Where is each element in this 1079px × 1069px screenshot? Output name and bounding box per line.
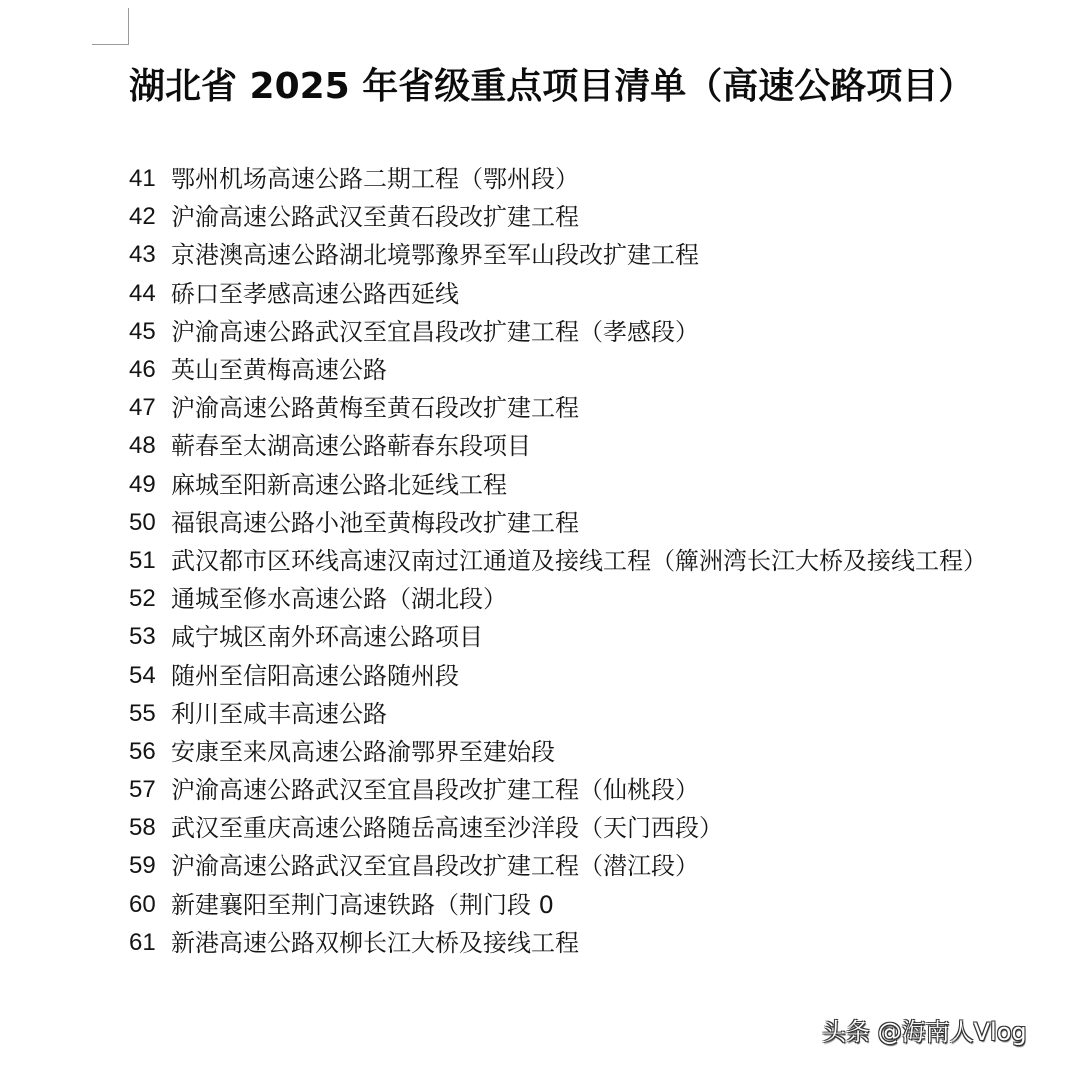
list-item: 54随州至信阳高速公路随州段 bbox=[129, 656, 987, 694]
item-name: 沪渝高速公路黄梅至黄石段改扩建工程 bbox=[171, 389, 579, 427]
item-name: 安康至来凤高速公路渝鄂界至建始段 bbox=[171, 733, 555, 771]
list-item: 50福银高速公路小池至黄梅段改扩建工程 bbox=[129, 504, 987, 542]
item-number: 53 bbox=[129, 618, 171, 656]
item-name: 麻城至阳新高速公路北延线工程 bbox=[171, 466, 507, 504]
item-name: 通城至修水高速公路（湖北段） bbox=[171, 580, 507, 618]
item-number: 55 bbox=[129, 695, 171, 733]
list-item: 53咸宁城区南外环高速公路项目 bbox=[129, 618, 987, 656]
item-name: 武汉都市区环线高速汉南过江通道及接线工程（簰洲湾长江大桥及接线工程） bbox=[171, 542, 987, 580]
page-title: 湖北省 2025 年省级重点项目清单（高速公路项目） bbox=[129, 58, 974, 109]
item-number: 54 bbox=[129, 657, 171, 695]
list-item: 41鄂州机场高速公路二期工程（鄂州段） bbox=[129, 160, 987, 198]
item-name: 鄂州机场高速公路二期工程（鄂州段） bbox=[171, 160, 579, 198]
item-name: 硚口至孝感高速公路西延线 bbox=[171, 275, 459, 313]
item-number: 50 bbox=[129, 504, 171, 542]
list-item: 51武汉都市区环线高速汉南过江通道及接线工程（簰洲湾长江大桥及接线工程） bbox=[129, 542, 987, 580]
item-number: 57 bbox=[129, 771, 171, 809]
list-item: 52通城至修水高速公路（湖北段） bbox=[129, 580, 987, 618]
item-name: 新建襄阳至荆门高速铁路（荆门段 0 bbox=[171, 886, 554, 924]
item-number: 59 bbox=[129, 847, 171, 885]
list-item: 44硚口至孝感高速公路西延线 bbox=[129, 275, 987, 313]
list-item: 46英山至黄梅高速公路 bbox=[129, 351, 987, 389]
list-item: 45沪渝高速公路武汉至宜昌段改扩建工程（孝感段） bbox=[129, 313, 987, 351]
list-item: 49麻城至阳新高速公路北延线工程 bbox=[129, 466, 987, 504]
list-item: 60新建襄阳至荆门高速铁路（荆门段 0 bbox=[129, 886, 987, 924]
list-item: 47沪渝高速公路黄梅至黄石段改扩建工程 bbox=[129, 389, 987, 427]
list-item: 43京港澳高速公路湖北境鄂豫界至军山段改扩建工程 bbox=[129, 236, 987, 274]
item-name: 京港澳高速公路湖北境鄂豫界至军山段改扩建工程 bbox=[171, 236, 699, 274]
item-name: 武汉至重庆高速公路随岳高速至沙洋段（天门西段） bbox=[171, 809, 723, 847]
item-number: 43 bbox=[129, 236, 171, 274]
item-name: 利川至咸丰高速公路 bbox=[171, 695, 387, 733]
item-name: 沪渝高速公路武汉至宜昌段改扩建工程（仙桃段） bbox=[171, 771, 699, 809]
list-item: 58武汉至重庆高速公路随岳高速至沙洋段（天门西段） bbox=[129, 809, 987, 847]
list-item: 48蕲春至太湖高速公路蕲春东段项目 bbox=[129, 427, 987, 465]
list-item: 57沪渝高速公路武汉至宜昌段改扩建工程（仙桃段） bbox=[129, 771, 987, 809]
item-name: 蕲春至太湖高速公路蕲春东段项目 bbox=[171, 427, 531, 465]
item-number: 51 bbox=[129, 542, 171, 580]
item-name: 新港高速公路双柳长江大桥及接线工程 bbox=[171, 924, 579, 962]
watermark: 头条 @海南人Vlog bbox=[822, 1012, 1027, 1047]
item-number: 49 bbox=[129, 466, 171, 504]
list-item: 42沪渝高速公路武汉至黄石段改扩建工程 bbox=[129, 198, 987, 236]
item-number: 56 bbox=[129, 733, 171, 771]
item-number: 46 bbox=[129, 351, 171, 389]
item-number: 47 bbox=[129, 389, 171, 427]
item-name: 随州至信阳高速公路随州段 bbox=[171, 657, 459, 695]
project-list: 41鄂州机场高速公路二期工程（鄂州段） 42沪渝高速公路武汉至黄石段改扩建工程 … bbox=[129, 160, 987, 962]
item-number: 52 bbox=[129, 580, 171, 618]
list-item: 56安康至来凤高速公路渝鄂界至建始段 bbox=[129, 733, 987, 771]
item-name: 沪渝高速公路武汉至宜昌段改扩建工程（潜江段） bbox=[171, 847, 699, 885]
page-corner-mark bbox=[92, 8, 129, 45]
item-name: 咸宁城区南外环高速公路项目 bbox=[171, 618, 483, 656]
item-name: 福银高速公路小池至黄梅段改扩建工程 bbox=[171, 504, 579, 542]
list-item: 55利川至咸丰高速公路 bbox=[129, 695, 987, 733]
item-name: 沪渝高速公路武汉至黄石段改扩建工程 bbox=[171, 198, 579, 236]
item-name: 英山至黄梅高速公路 bbox=[171, 351, 387, 389]
list-item: 61新港高速公路双柳长江大桥及接线工程 bbox=[129, 924, 987, 962]
item-number: 61 bbox=[129, 924, 171, 962]
item-number: 41 bbox=[129, 160, 171, 198]
item-number: 58 bbox=[129, 809, 171, 847]
item-number: 44 bbox=[129, 275, 171, 313]
item-name: 沪渝高速公路武汉至宜昌段改扩建工程（孝感段） bbox=[171, 313, 699, 351]
item-number: 42 bbox=[129, 198, 171, 236]
item-number: 45 bbox=[129, 313, 171, 351]
list-item: 59沪渝高速公路武汉至宜昌段改扩建工程（潜江段） bbox=[129, 847, 987, 885]
item-number: 48 bbox=[129, 427, 171, 465]
item-number: 60 bbox=[129, 886, 171, 924]
